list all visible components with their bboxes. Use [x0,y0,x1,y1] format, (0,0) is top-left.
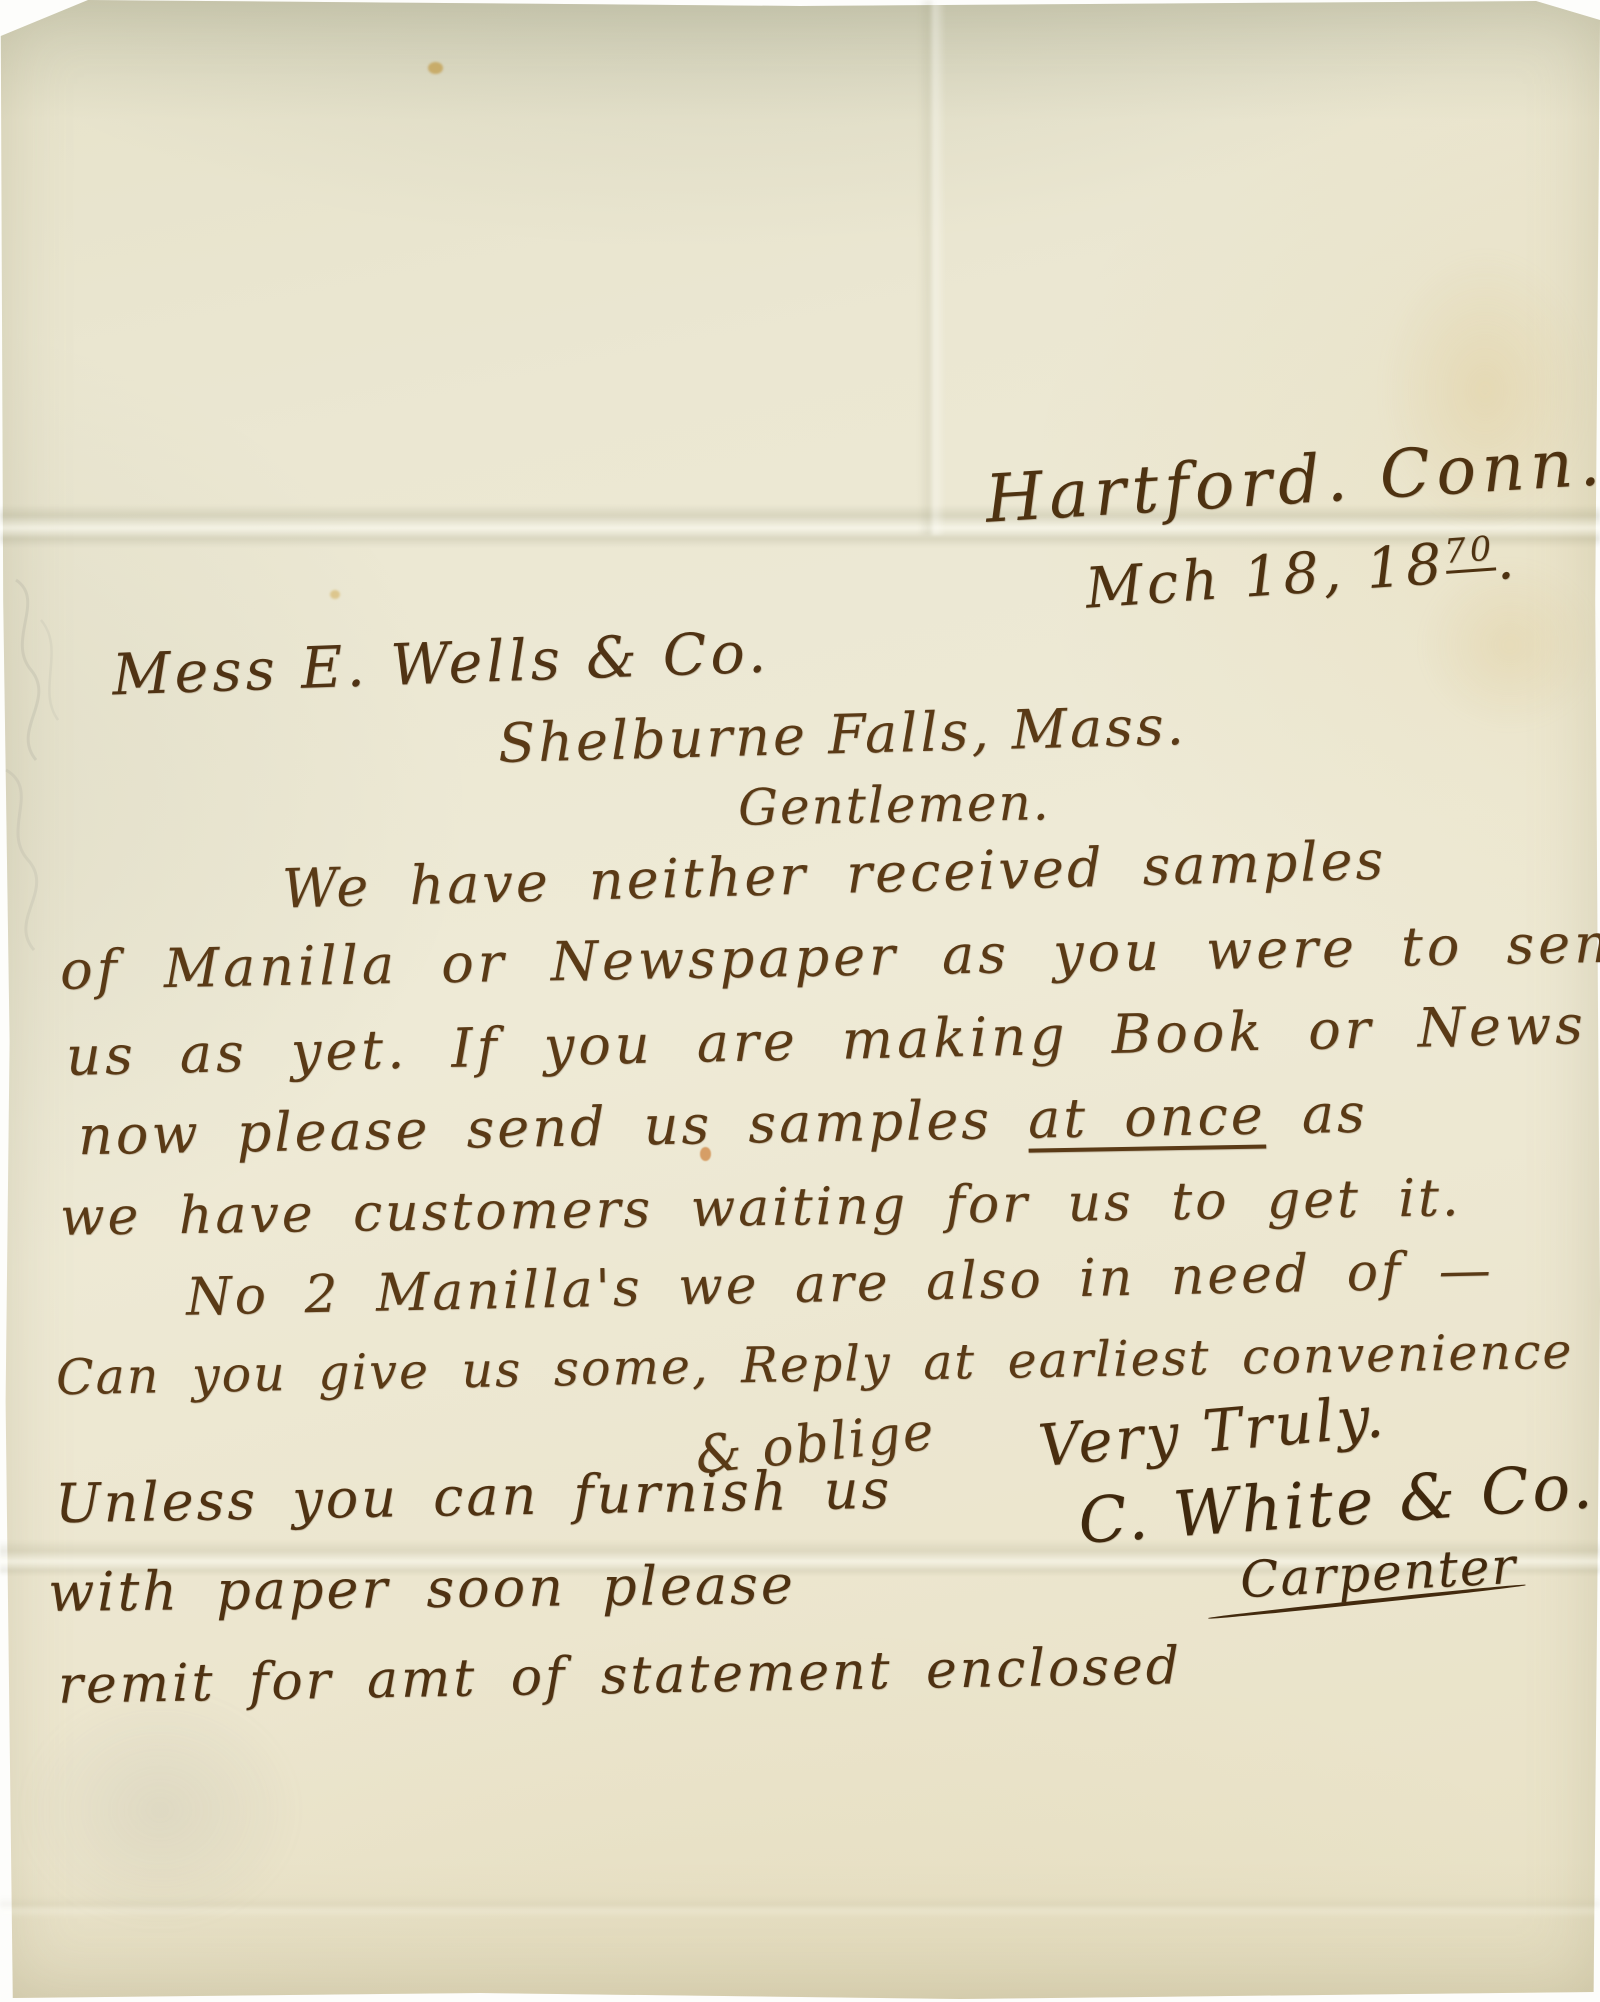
body-line-segment: as [1265,1082,1368,1147]
date-period: . [1494,527,1520,593]
underlined-phrase: at once [1028,1084,1267,1151]
postscript-line: Unless you can furnish us [55,1463,893,1532]
date-year: 70 [1443,528,1497,573]
signer-name: Carpenter [1239,1541,1519,1605]
letter-scan: Hartford. Conn. Mch 18, 1870. Mess E. We… [0,0,1600,2002]
postscript-line: with paper soon please [48,1558,796,1620]
salutation: Gentlemen. [738,777,1051,832]
